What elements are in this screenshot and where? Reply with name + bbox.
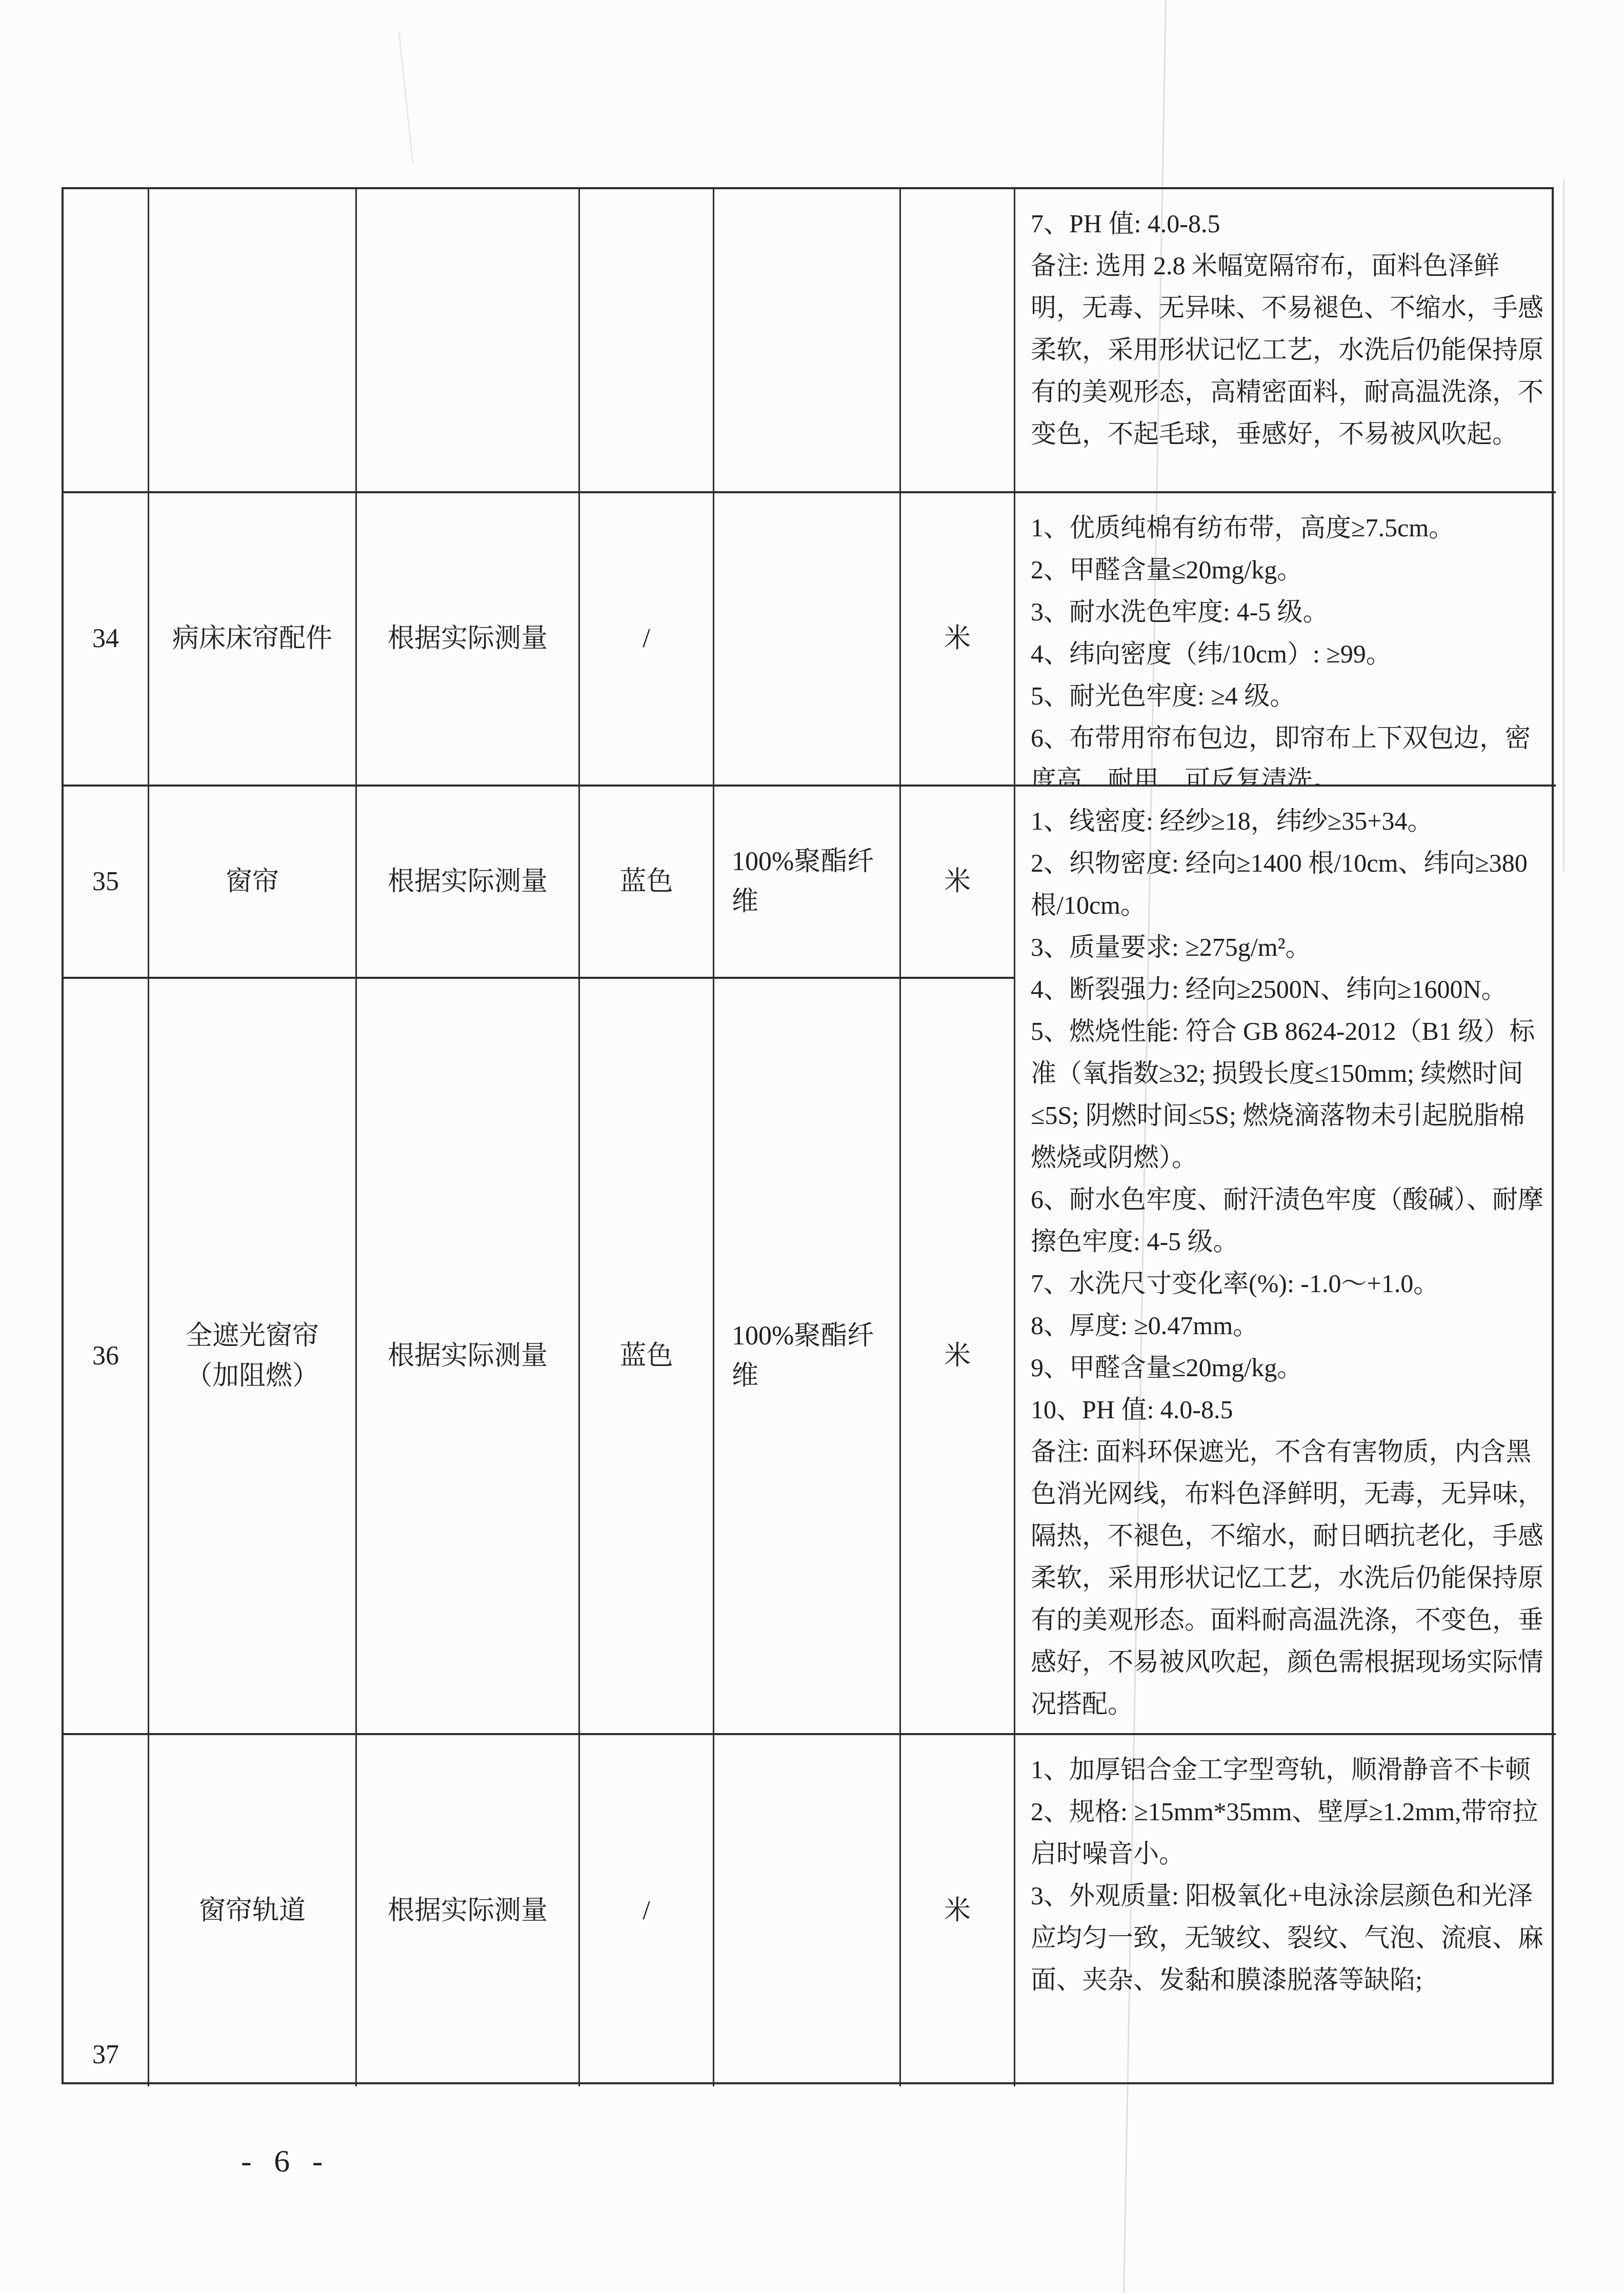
cell-spec: 根据实际测量 <box>357 979 580 1735</box>
cell-unit <box>901 189 1015 493</box>
cell-color: 蓝色 <box>580 979 714 1735</box>
cell-color: / <box>580 1735 714 2086</box>
cell-material: 100%聚酯纤 维 <box>714 979 901 1735</box>
cell-color: 蓝色 <box>580 787 714 979</box>
cell-name: 病床床帘配件 <box>149 493 357 787</box>
requirement-line: 5、燃烧性能: 符合 GB 8624-2012（B1 级）标准（氧指数≥32; … <box>1031 1010 1546 1178</box>
requirement-line: 1、线密度: 经纱≥18，纬纱≥35+34。 <box>1031 800 1546 842</box>
requirement-line: 3、质量要求: ≥275g/m²。 <box>1031 926 1546 968</box>
cell-no: 34 <box>64 493 149 787</box>
scan-edge-shadow <box>1563 179 1565 872</box>
cell-no: 35 <box>64 787 149 979</box>
page-number: - 6 - <box>241 2143 330 2180</box>
requirement-line: 3、外观质量: 阳极氧化+电泳涂层颜色和光泽应均匀一致，无皱纹、裂纹、气泡、流痕… <box>1031 1875 1546 2001</box>
cell-unit: 米 <box>901 787 1015 979</box>
cell-material <box>714 493 901 787</box>
cell-color: / <box>580 493 714 787</box>
requirement-line: 10、PH 值: 4.0-8.5 <box>1031 1389 1546 1431</box>
cell-no: 36 <box>64 979 149 1735</box>
requirement-line: 1、加厚铝合金工字型弯轨，顺滑静音不卡顿 <box>1031 1748 1546 1791</box>
cell-unit: 米 <box>901 493 1015 787</box>
requirement-line: 4、断裂强力: 经向≥2500N、纬向≥1600N。 <box>1031 968 1546 1010</box>
cell-no <box>64 189 149 493</box>
cell-unit: 米 <box>901 1735 1015 2086</box>
cell-requirements-35-36: 1、线密度: 经纱≥18，纬纱≥35+34。2、织物密度: 经向≥1400 根/… <box>1015 787 1556 1735</box>
cell-unit: 米 <box>901 979 1015 1735</box>
requirement-line: 8、厚度: ≥0.47mm。 <box>1031 1304 1546 1346</box>
cell-spec: 根据实际测量 <box>357 493 580 787</box>
requirement-line: 9、甲醛含量≤20mg/kg。 <box>1031 1346 1546 1389</box>
cell-material <box>714 1735 901 2086</box>
spec-table: 7、PH 值: 4.0-8.5备注: 选用 2.8 米幅宽隔帘布，面料色泽鲜明，… <box>62 187 1554 2084</box>
cell-material: 100%聚酯纤 维 <box>714 787 901 979</box>
cell-spec: 根据实际测量 <box>357 787 580 979</box>
requirement-line: 备注: 面料环保遮光，不含有害物质，内含黑色消光网线，布料色泽鲜明，无毒，无异味… <box>1031 1431 1546 1725</box>
cell-color <box>580 189 714 493</box>
cell-requirements-continued: 7、PH 值: 4.0-8.5备注: 选用 2.8 米幅宽隔帘布，面料色泽鲜明，… <box>1015 189 1556 493</box>
cell-spec: 根据实际测量 <box>357 1735 580 2086</box>
requirement-line: 2、织物密度: 经向≥1400 根/10cm、纬向≥380 根/10cm。 <box>1031 842 1546 926</box>
cell-requirements-34: 1、优质纯棉有纺布带，高度≥7.5cm。2、甲醛含量≤20mg/kg。3、耐水洗… <box>1015 493 1556 787</box>
requirement-line: 1、优质纯棉有纺布带，高度≥7.5cm。 <box>1031 507 1546 549</box>
scanned-document-page: 7、PH 值: 4.0-8.5备注: 选用 2.8 米幅宽隔帘布，面料色泽鲜明，… <box>0 0 1624 2293</box>
requirement-line: 6、布带用帘布包边，即帘布上下双包边，密度高、耐用、可反复清洗。 <box>1031 717 1546 787</box>
cell-name: 窗帘轨道 <box>149 1735 357 2086</box>
requirement-line: 5、耐光色牢度: ≥4 级。 <box>1031 675 1546 717</box>
cell-requirements-37: 1、加厚铝合金工字型弯轨，顺滑静音不卡顿2、规格: ≥15mm*35mm、壁厚≥… <box>1015 1735 1556 2086</box>
cell-name: 窗帘 <box>149 787 357 979</box>
requirement-line: 2、规格: ≥15mm*35mm、壁厚≥1.2mm,带帘拉启时噪音小。 <box>1031 1791 1546 1875</box>
requirement-line: 4、纬向密度（纬/10cm）: ≥99。 <box>1031 633 1546 675</box>
cell-name <box>149 189 357 493</box>
requirement-line: 6、耐水色牢度、耐汗渍色牢度（酸碱）、耐摩擦色牢度: 4-5 级。 <box>1031 1178 1546 1262</box>
scan-crease-mark <box>398 31 413 164</box>
requirement-line: 2、甲醛含量≤20mg/kg。 <box>1031 549 1546 591</box>
requirement-line: 7、水洗尺寸变化率(%): -1.0～+1.0。 <box>1031 1262 1546 1304</box>
requirement-line: 备注: 选用 2.8 米幅宽隔帘布，面料色泽鲜明，无毒、无异味、不易褪色、不缩水… <box>1031 245 1546 455</box>
requirement-line: 3、耐水洗色牢度: 4-5 级。 <box>1031 591 1546 633</box>
cell-material <box>714 189 901 493</box>
requirement-line: 7、PH 值: 4.0-8.5 <box>1031 203 1546 245</box>
cell-name: 全遮光窗帘 （加阻燃） <box>149 979 357 1735</box>
cell-no: 37 <box>64 1735 149 2086</box>
cell-spec <box>357 189 580 493</box>
